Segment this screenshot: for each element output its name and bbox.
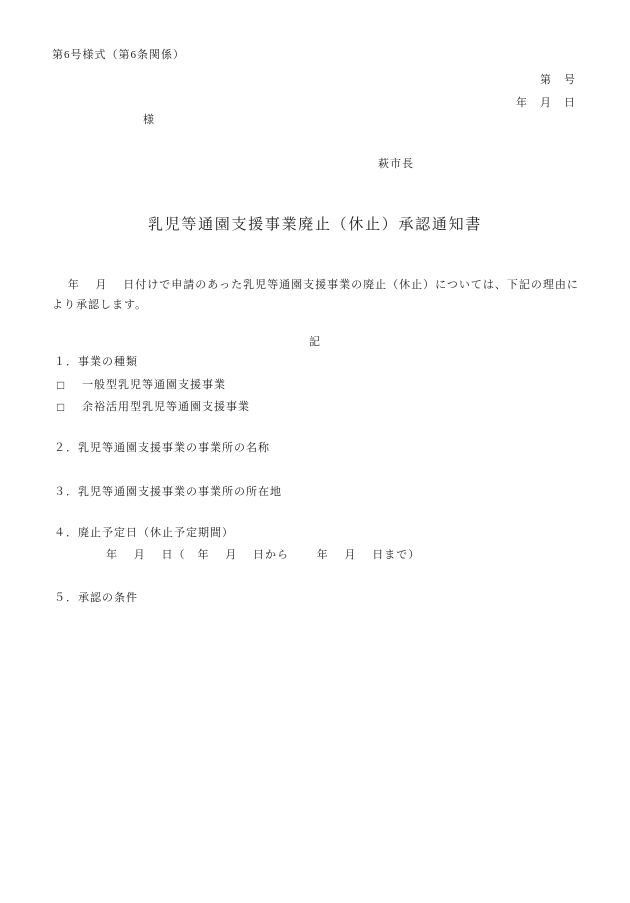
section-4-date-blanks: 年 月 日（ 年 月 日から 年 月 日まで） xyxy=(106,548,420,563)
section-2-heading: ２．乳児等通園支援事業の事業所の名称 xyxy=(54,441,270,456)
checkbox-label-surplus-type: 余裕活用型乳児等通園支援事業 xyxy=(82,400,250,415)
checkbox-label-general-type: 一般型乳児等通園支援事業 xyxy=(82,378,226,393)
body-paragraph-line-2: より承認します。 xyxy=(52,296,579,316)
checkbox-icon: □ xyxy=(57,378,69,393)
document-number: 第 号 xyxy=(540,73,576,88)
document-page: 第6号様式（第6条関係） 第 号 年 月 日 様 萩市長 乳児等通園支援事業廃止… xyxy=(0,0,630,903)
document-date: 年 月 日 xyxy=(516,96,576,111)
checkbox-row-general-type: □ 一般型乳児等通園支援事業 xyxy=(57,378,226,393)
checkbox-row-surplus-type: □ 余裕活用型乳児等通園支援事業 xyxy=(57,400,250,415)
ki-marker: 記 xyxy=(0,335,630,350)
checkbox-icon: □ xyxy=(57,400,69,415)
section-1-heading: １．事業の種類 xyxy=(54,355,138,370)
body-paragraph-line-1: 年 月 日付けで申請のあった乳児等通園支援事業の廃止（休止）については、下記の理… xyxy=(52,276,579,296)
section-5-heading: ５．承認の条件 xyxy=(54,591,138,606)
body-paragraph: 年 月 日付けで申請のあった乳児等通園支援事業の廃止（休止）については、下記の理… xyxy=(52,276,579,315)
document-title: 乳児等通園支援事業廃止（休止）承認通知書 xyxy=(0,215,630,235)
sender-title: 萩市長 xyxy=(378,157,414,172)
form-number: 第6号様式（第6条関係） xyxy=(52,48,185,63)
section-3-heading: ３．乳児等通園支援事業の事業所の所在地 xyxy=(54,485,282,500)
section-4-heading: ４．廃止予定日（休止予定期間） xyxy=(54,526,234,541)
addressee-honorific: 様 xyxy=(143,113,155,128)
